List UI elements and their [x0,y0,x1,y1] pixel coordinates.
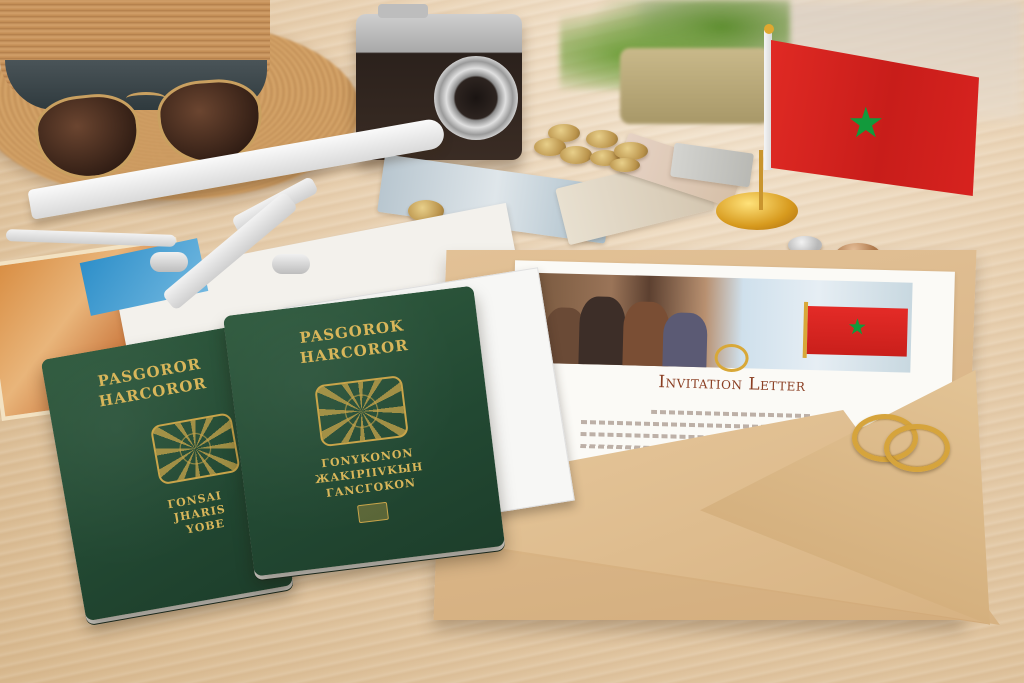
gold-pendant [714,344,749,373]
person [662,312,707,367]
biometric-chip-icon [357,502,389,524]
passport-emblem [314,375,409,447]
sunglasses-bridge [126,92,166,105]
airplane-engine [150,252,188,272]
letter-title: Invitation Letter [512,368,952,400]
coin [586,130,618,148]
mini-moroccan-flag: ★ [807,306,908,357]
person [578,296,626,365]
travel-still-life: ★ ★ Invitation Letter [0,0,1024,683]
mini-flag-star-icon: ★ [847,317,867,340]
airplane-engine [272,254,310,274]
letter-text-line [651,410,811,418]
plant-pot [620,48,770,124]
coin [560,146,592,164]
coin [614,142,648,160]
flag-pole [764,30,772,170]
flag-finial [764,24,774,34]
camera-lens [434,56,518,140]
passport-front: PASGOROK HARCOROR ΓONYKONON ЖAKIPIIVKЫH … [223,286,505,577]
flag-stand-base [716,192,798,230]
passport-emblem [150,412,241,485]
camera-dial [378,4,428,18]
coin [610,158,640,172]
flag-stand-stem [759,150,763,210]
flag-star-icon: ★ [847,102,885,144]
family-photo: ★ [534,273,912,373]
airplane-tail-wing [6,229,176,247]
gold-ring [884,424,950,472]
